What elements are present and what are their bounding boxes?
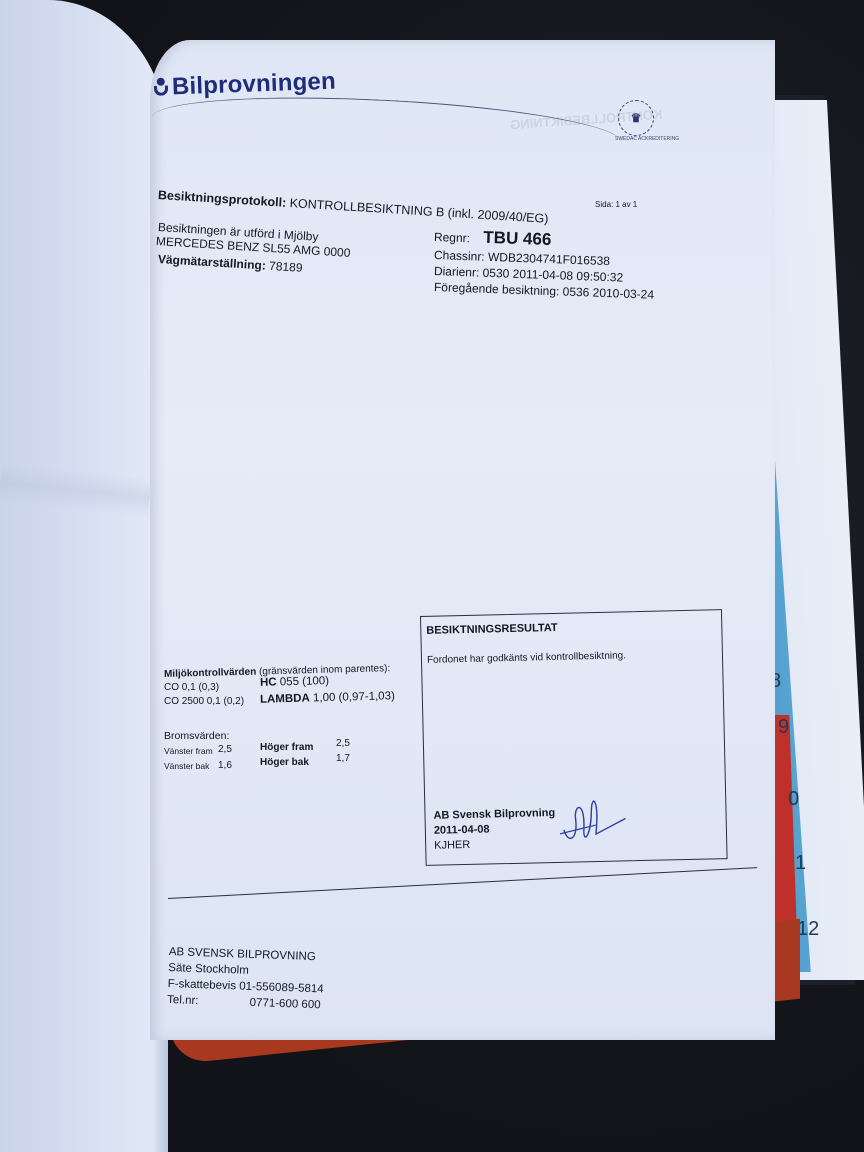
tab-9[interactable]: 9 bbox=[778, 716, 789, 739]
lambda-value: LAMBDA 1,00 (0,97-1,03) bbox=[260, 690, 395, 706]
inspection-result-box: BESIKTNINGSRESULTAT Fordonet har godkänt… bbox=[420, 609, 728, 866]
signature-icon bbox=[555, 788, 626, 850]
inspection-protocol-page: Bilprovningen ♛ SWEDAC ACKREDITERING KON… bbox=[150, 40, 775, 1040]
brake-left-front: 2,5 bbox=[218, 744, 232, 755]
protocol-title-value: KONTROLLBESIKTNING B (inkl. 2009/40/EG) bbox=[289, 196, 548, 226]
tab-11[interactable]: 1 bbox=[795, 852, 806, 875]
brake-right-rear: 1,7 bbox=[336, 753, 350, 764]
brake-left-rear: 1,6 bbox=[218, 760, 232, 771]
hc-value: HC 055 (100) bbox=[260, 675, 329, 689]
inspector-id: KJHER bbox=[434, 836, 556, 854]
left-page bbox=[0, 0, 168, 1152]
brake-left-front-label: Vänster fram bbox=[164, 746, 213, 756]
brake-right-front-label: Höger fram bbox=[260, 742, 313, 753]
lambda-reading: 1,00 (0,97-1,03) bbox=[313, 690, 395, 704]
brake-right-front: 2,5 bbox=[336, 738, 350, 749]
odometer-value: 78189 bbox=[269, 259, 303, 275]
result-title: BESIKTNINGSRESULTAT bbox=[426, 622, 558, 637]
protocol-title: Besiktningsprotokoll: KONTROLLBESIKTNING… bbox=[158, 188, 549, 226]
result-text: Fordonet har godkänts vid kontrollbesikt… bbox=[427, 650, 626, 666]
protocol-title-label: Besiktningsprotokoll: bbox=[158, 188, 287, 210]
brake-left-rear-label: Vänster bak bbox=[164, 761, 209, 771]
tab-12[interactable]: 12 bbox=[797, 918, 819, 941]
bilprovningen-logo-icon bbox=[154, 78, 169, 98]
page-crease bbox=[0, 462, 152, 517]
regnr: Regnr: TBU 466 bbox=[434, 226, 552, 250]
odometer-label: Vägmätarställning: bbox=[158, 252, 267, 273]
regnr-value: TBU 466 bbox=[483, 228, 552, 249]
regnr-label: Regnr: bbox=[434, 230, 470, 245]
seal-label: SWEDAC ACKREDITERING bbox=[615, 136, 679, 142]
signature-block: AB Svensk Bilprovning 2011-04-08 KJHER bbox=[433, 806, 556, 854]
footer-phone-number: 0771-600 600 bbox=[249, 997, 320, 1011]
lambda-label: LAMBDA bbox=[260, 692, 310, 705]
footer-divider bbox=[168, 867, 757, 899]
hc-reading: 055 (100) bbox=[280, 675, 330, 688]
hc-label: HC bbox=[260, 676, 277, 688]
emissions-title: Miljökontrollvärden bbox=[164, 667, 256, 680]
page-number: Sida: 1 av 1 bbox=[595, 200, 637, 209]
co2500-value: CO 2500 0,1 (0,2) bbox=[164, 696, 244, 707]
brake-right-rear-label: Höger bak bbox=[260, 757, 309, 768]
footer-info: AB SVENSK BILPROVNING Säte Stockholm F-s… bbox=[167, 944, 325, 1013]
brand-name: Bilprovningen bbox=[172, 68, 337, 102]
brakes-title: Bromsvärden: bbox=[164, 730, 229, 742]
tab-10[interactable]: 0 bbox=[788, 788, 799, 811]
footer-phone-label: Tel.nr: bbox=[167, 994, 199, 1007]
co-value: CO 0,1 (0,3) bbox=[164, 682, 219, 693]
signing-company: AB Svensk Bilprovning bbox=[433, 806, 555, 824]
